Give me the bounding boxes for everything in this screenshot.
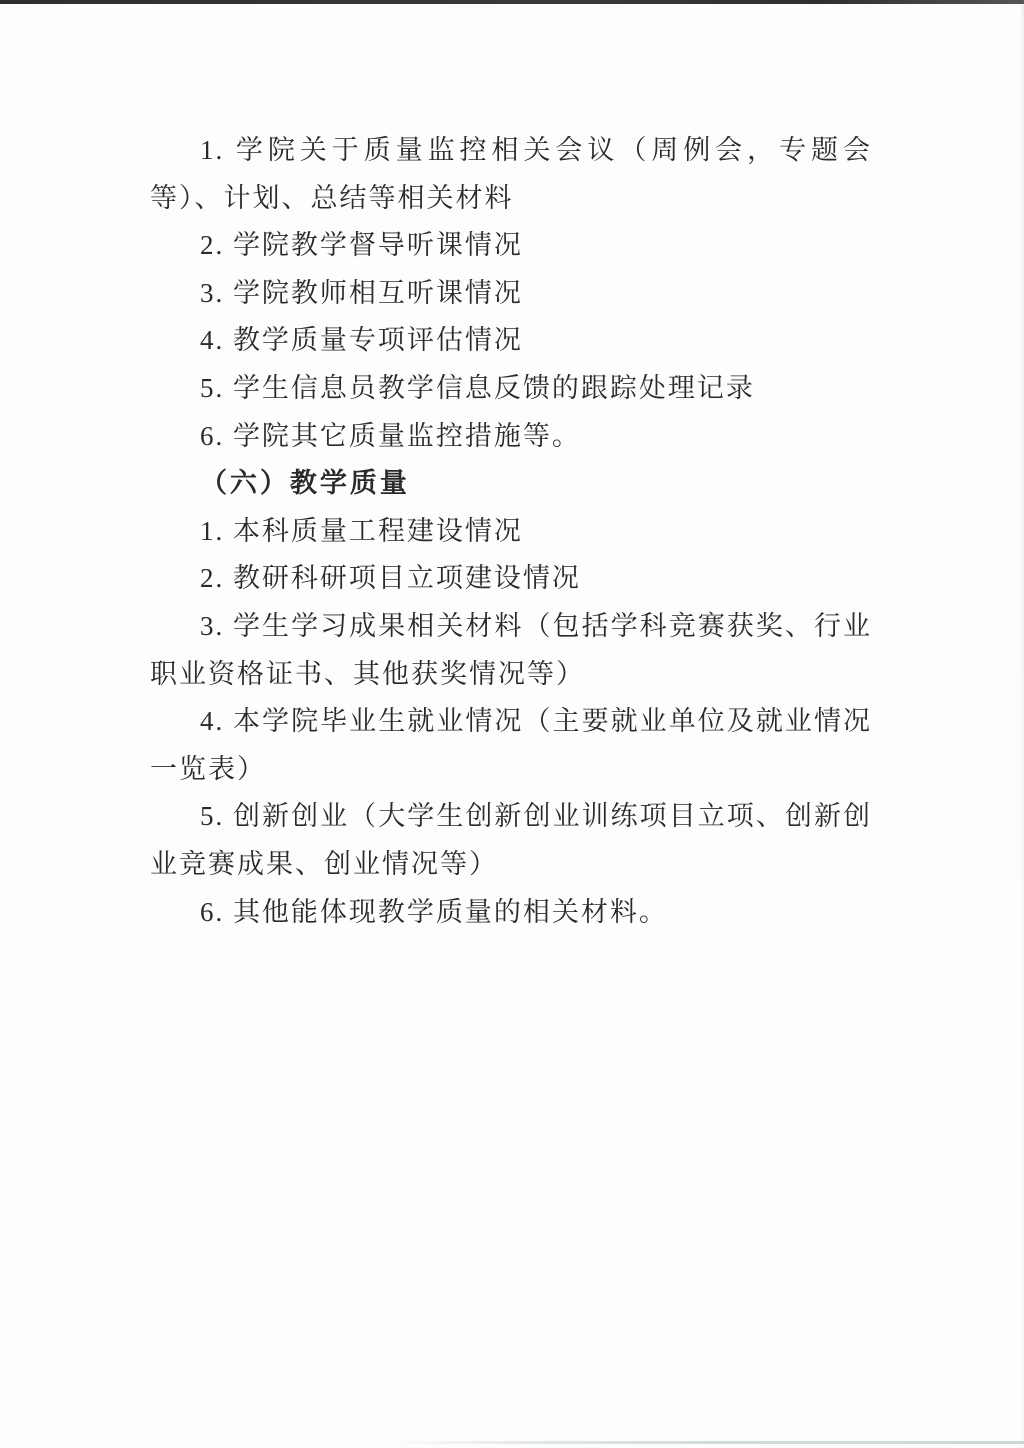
list-item: 4. 本学院毕业生就业情况（主要就业单位及就业情况一览表） [150,698,872,793]
list-item: 6. 学院其它质量监控措施等。 [150,413,872,461]
list-item: 1. 本科质量工程建设情况 [150,508,872,556]
list-item: 2. 学院教学督导听课情况 [150,222,872,270]
list-item: 5. 创新创业（大学生创新创业训练项目立项、创新创业竞赛成果、创业情况等） [150,793,872,888]
scan-artifact-bottom-edge [0,1441,1024,1444]
list-item: 5. 学生信息员教学信息反馈的跟踪处理记录 [150,365,872,413]
document-body: 1. 学院关于质量监控相关会议（周例会，专题会等）、计划、总结等相关材料 2. … [150,127,872,936]
list-item: 4. 教学质量专项评估情况 [150,317,872,365]
list-item: 3. 学生学习成果相关材料（包括学科竞赛获奖、行业职业资格证书、其他获奖情况等） [150,603,872,698]
document-page: 1. 学院关于质量监控相关会议（周例会，专题会等）、计划、总结等相关材料 2. … [0,0,1024,1448]
list-item: 3. 学院教师相互听课情况 [150,270,872,318]
section-heading: （六）教学质量 [150,460,872,508]
scan-artifact-top-edge [0,0,1024,4]
list-item: 6. 其他能体现教学质量的相关材料。 [150,889,872,937]
list-item: 1. 学院关于质量监控相关会议（周例会，专题会等）、计划、总结等相关材料 [150,127,872,222]
list-item: 2. 教研科研项目立项建设情况 [150,555,872,603]
